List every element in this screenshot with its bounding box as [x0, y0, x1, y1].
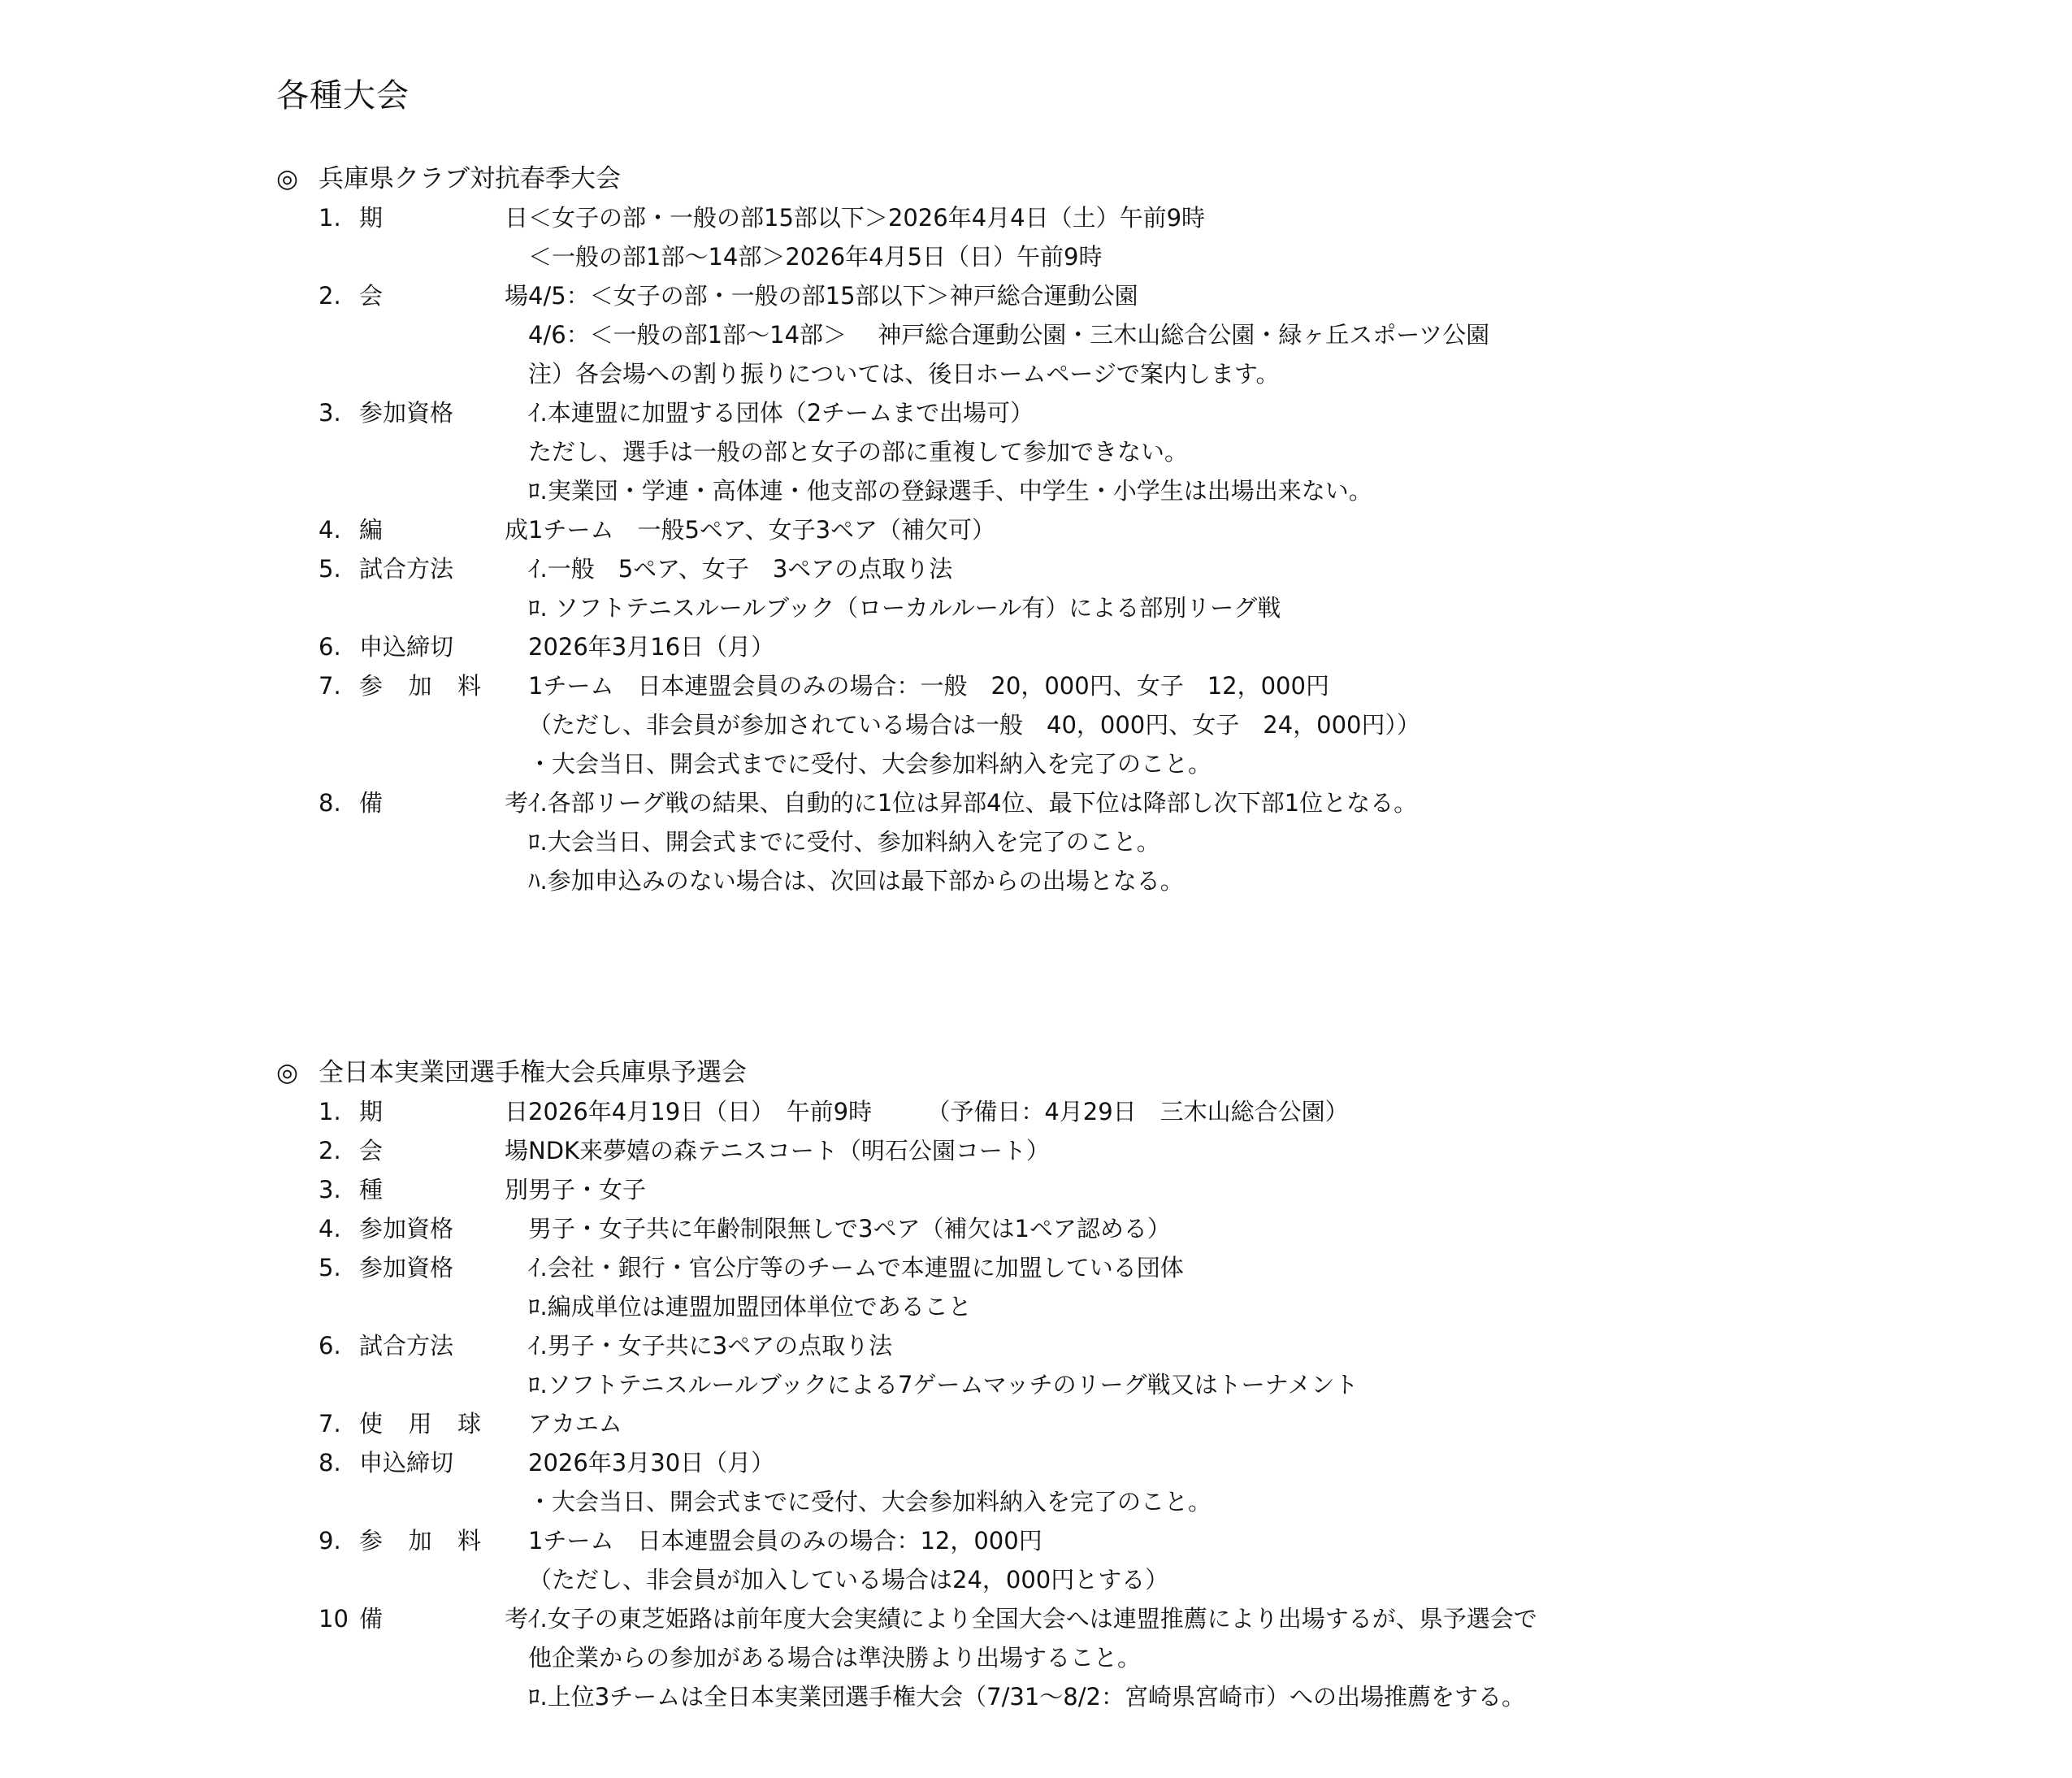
item-label-part: 使 — [359, 1404, 383, 1443]
item-label-part: 期 — [359, 1092, 383, 1131]
item-value: ｲ.男子・女子共に3ペアの点取り法 — [528, 1326, 892, 1365]
item-number: 2. — [276, 276, 359, 315]
page-title: 各種大会 — [276, 73, 410, 119]
item-label-part: 料 — [457, 666, 481, 705]
item-label-part: 考 — [505, 783, 528, 822]
item-number: 7. — [276, 666, 359, 705]
item-continuation-line: ・大会当日、開会式までに受付、大会参加料納入を完了のこと。 — [276, 744, 1901, 783]
item-label-part: 試合方法 — [359, 549, 453, 588]
item-label: 申込締切 — [359, 627, 528, 666]
section-rows: 1.期日＜女子の部・一般の部15部以下＞2026年4月4日（土）午前9時＜一般の… — [276, 198, 1901, 900]
section-heading: ◎兵庫県クラブ対抗春季大会 — [276, 159, 1901, 198]
item-row: 7.参加料1チーム 日本連盟会員のみの場合：一般 20，000円、女子 12，0… — [276, 666, 1901, 705]
item-value: 2026年3月16日（月） — [528, 627, 774, 666]
item-value: ただし、選手は一般の部と女子の部に重複して参加できない。 — [528, 432, 1188, 471]
item-row: 6.試合方法ｲ.男子・女子共に3ペアの点取り法 — [276, 1326, 1901, 1365]
item-label-part: 申込締切 — [359, 1443, 453, 1482]
item-label-part: 申込締切 — [359, 627, 453, 666]
item-value: ﾛ.上位3チームは全日本実業団選手権大会（7/31～8/2：宮崎県宮崎市）への出… — [528, 1677, 1525, 1716]
item-value: ＜一般の部1部～14部＞2026年4月5日（日）午前9時 — [528, 237, 1103, 276]
item-label: 編成 — [359, 510, 528, 549]
item-number: 4. — [276, 510, 359, 549]
item-label: 期日 — [359, 198, 528, 237]
item-value: ・大会当日、開会式までに受付、大会参加料納入を完了のこと。 — [528, 744, 1212, 783]
section-rows: 1.期日2026年4月19日（日） 午前9時 （予備日：4月29日 三木山総合公… — [276, 1092, 1901, 1716]
item-label-part: 参加資格 — [359, 1248, 453, 1287]
item-label: 試合方法 — [359, 1326, 528, 1365]
item-label: 試合方法 — [359, 549, 528, 588]
item-value: 男子・女子共に年齢制限無しで3ペア（補欠は1ペア認める） — [528, 1209, 1171, 1248]
item-label: 参加資格 — [359, 1209, 528, 1248]
item-value: ｲ.女子の東芝姫路は前年度大会実績により全国大会へは連盟推薦により出場するが、県… — [528, 1599, 1537, 1638]
item-value: 2026年4月19日（日） 午前9時 （予備日：4月29日 三木山総合公園） — [528, 1092, 1349, 1131]
item-label: 会場 — [359, 1131, 528, 1170]
section-title: 全日本実業団選手権大会兵庫県予選会 — [319, 1058, 747, 1087]
item-number: 6. — [276, 627, 359, 666]
item-row: 8.備考ｲ.各部リーグ戦の結果、自動的に1位は昇部4位、最下位は降部し次下部1位… — [276, 783, 1901, 822]
item-continuation-line: ・大会当日、開会式までに受付、大会参加料納入を完了のこと。 — [276, 1482, 1901, 1521]
spacer — [481, 1521, 528, 1560]
item-label: 会場 — [359, 276, 528, 315]
item-label-part: 日 — [505, 1092, 528, 1131]
item-label-part: 備 — [359, 1599, 383, 1638]
item-continuation-line: ﾛ.実業団・学連・高体連・他支部の登録選手、中学生・小学生は出場出来ない。 — [276, 471, 1901, 510]
item-label: 参加料 — [359, 666, 481, 705]
item-continuation-line: 注）各会場への割り振りについては、後日ホームページで案内します。 — [276, 354, 1901, 393]
item-value: NDK来夢嬉の森テニスコート（明石公園コート） — [528, 1131, 1050, 1170]
item-value: 1チーム 一般5ペア、女子3ペア（補欠可） — [528, 510, 995, 549]
item-label-part: 考 — [505, 1599, 528, 1638]
item-continuation-line: ﾛ.上位3チームは全日本実業団選手権大会（7/31～8/2：宮崎県宮崎市）への出… — [276, 1677, 1901, 1716]
item-row: 1.期日＜女子の部・一般の部15部以下＞2026年4月4日（土）午前9時 — [276, 198, 1901, 237]
item-label: 申込締切 — [359, 1443, 528, 1482]
item-label-part: 加 — [408, 666, 431, 705]
item-label-part: 参 — [359, 666, 383, 705]
item-number: 5. — [276, 1248, 359, 1287]
item-value: ＜女子の部・一般の部15部以下＞2026年4月4日（土）午前9時 — [528, 198, 1205, 237]
item-value: ｲ.会社・銀行・官公庁等のチームで本連盟に加盟している団体 — [528, 1248, 1184, 1287]
item-row: 2.会場4/5：＜女子の部・一般の部15部以下＞神戸総合運動公園 — [276, 276, 1901, 315]
item-row: 1.期日2026年4月19日（日） 午前9時 （予備日：4月29日 三木山総合公… — [276, 1092, 1901, 1131]
item-value: ﾛ.実業団・学連・高体連・他支部の登録選手、中学生・小学生は出場出来ない。 — [528, 471, 1372, 510]
item-row: 6.申込締切2026年3月16日（月） — [276, 627, 1901, 666]
item-value: アカエム — [528, 1404, 622, 1443]
item-label: 参加料 — [359, 1521, 481, 1560]
item-number: 8. — [276, 783, 359, 822]
item-value: ﾛ.大会当日、開会式までに受付、参加料納入を完了のこと。 — [528, 822, 1160, 861]
item-value: （ただし、非会員が参加されている場合は一般 40，000円、女子 24，000円… — [528, 705, 1420, 744]
item-number: 6. — [276, 1326, 359, 1365]
item-continuation-line: 4/6：＜一般の部1部～14部＞ 神戸総合運動公園・三木山総合公園・緑ヶ丘スポー… — [276, 315, 1901, 354]
item-row: 3.参加資格ｲ.本連盟に加盟する団体（2チームまで出場可） — [276, 393, 1901, 432]
item-row: 5.試合方法ｲ.一般 5ペア、女子 3ペアの点取り法 — [276, 549, 1901, 588]
item-row: 5.参加資格ｲ.会社・銀行・官公庁等のチームで本連盟に加盟している団体 — [276, 1248, 1901, 1287]
item-row: 3.種別男子・女子 — [276, 1170, 1901, 1209]
item-number: 7. — [276, 1404, 359, 1443]
item-continuation-line: （ただし、非会員が参加されている場合は一般 40，000円、女子 24，000円… — [276, 705, 1901, 744]
item-value: 4/5：＜女子の部・一般の部15部以下＞神戸総合運動公園 — [528, 276, 1138, 315]
item-label-part: 試合方法 — [359, 1326, 453, 1365]
item-number: 3. — [276, 1170, 359, 1209]
item-row: 9.参加料1チーム 日本連盟会員のみの場合：12，000円 — [276, 1521, 1901, 1560]
item-row: 8.申込締切2026年3月30日（月） — [276, 1443, 1901, 1482]
item-label-part: 用 — [408, 1404, 431, 1443]
item-label-part: 備 — [359, 783, 383, 822]
item-label-part: 加 — [408, 1521, 431, 1560]
item-label: 種別 — [359, 1170, 528, 1209]
item-label-part: 種 — [359, 1170, 383, 1209]
item-label-part: 別 — [505, 1170, 528, 1209]
item-label-part: 料 — [457, 1521, 481, 1560]
item-row: 4.編成1チーム 一般5ペア、女子3ペア（補欠可） — [276, 510, 1901, 549]
section-corporate-qualifier: ◎全日本実業団選手権大会兵庫県予選会 1.期日2026年4月19日（日） 午前9… — [276, 1053, 1901, 1716]
double-circle-icon: ◎ — [276, 159, 319, 198]
item-label-part: 成 — [505, 510, 528, 549]
item-continuation-line: ＜一般の部1部～14部＞2026年4月5日（日）午前9時 — [276, 237, 1901, 276]
item-row: 4.参加資格男子・女子共に年齢制限無しで3ペア（補欠は1ペア認める） — [276, 1209, 1901, 1248]
item-value: ・大会当日、開会式までに受付、大会参加料納入を完了のこと。 — [528, 1482, 1212, 1521]
item-label: 参加資格 — [359, 1248, 528, 1287]
item-label-part: 会 — [359, 1131, 383, 1170]
item-label: 期日 — [359, 1092, 528, 1131]
item-label: 備考 — [359, 783, 528, 822]
item-value: ｲ.各部リーグ戦の結果、自動的に1位は昇部4位、最下位は降部し次下部1位となる。 — [528, 783, 1417, 822]
section-heading: ◎全日本実業団選手権大会兵庫県予選会 — [276, 1053, 1901, 1092]
item-label-part: 場 — [505, 1131, 528, 1170]
section-title: 兵庫県クラブ対抗春季大会 — [319, 164, 621, 193]
item-value: 4/6：＜一般の部1部～14部＞ 神戸総合運動公園・三木山総合公園・緑ヶ丘スポー… — [528, 315, 1489, 354]
item-continuation-line: ﾛ.ソフトテニスルールブックによる7ゲームマッチのリーグ戦又はトーナメント — [276, 1365, 1901, 1404]
item-label-part: 期 — [359, 198, 383, 237]
item-number: 4. — [276, 1209, 359, 1248]
item-label-part: 球 — [457, 1404, 481, 1443]
item-continuation-line: ﾛ.大会当日、開会式までに受付、参加料納入を完了のこと。 — [276, 822, 1901, 861]
item-continuation-line: ﾛ. ソフトテニスルールブック（ローカルルール有）による部別リーグ戦 — [276, 588, 1901, 627]
item-label: 備考 — [359, 1599, 528, 1638]
item-number: 3. — [276, 393, 359, 432]
item-row: 10備考ｲ.女子の東芝姫路は前年度大会実績により全国大会へは連盟推薦により出場す… — [276, 1599, 1901, 1638]
item-continuation-line: 他企業からの参加がある場合は準決勝より出場すること。 — [276, 1638, 1901, 1677]
item-number: 8. — [276, 1443, 359, 1482]
item-label: 使用球 — [359, 1404, 481, 1443]
item-value: ﾛ. ソフトテニスルールブック（ローカルルール有）による部別リーグ戦 — [528, 588, 1281, 627]
spacer — [481, 666, 528, 705]
item-continuation-line: （ただし、非会員が加入している場合は24，000円とする） — [276, 1560, 1901, 1599]
item-value: 1チーム 日本連盟会員のみの場合：一般 20，000円、女子 12，000円 — [528, 666, 1329, 705]
item-label-part: 参加資格 — [359, 1209, 453, 1248]
item-value: ｲ.一般 5ペア、女子 3ペアの点取り法 — [528, 549, 952, 588]
item-label: 参加資格 — [359, 393, 528, 432]
item-number: 2. — [276, 1131, 359, 1170]
item-number: 9. — [276, 1521, 359, 1560]
item-value: （ただし、非会員が加入している場合は24，000円とする） — [528, 1560, 1168, 1599]
spacer — [481, 1404, 528, 1443]
item-number: 10 — [276, 1599, 359, 1638]
item-value: ｲ.本連盟に加盟する団体（2チームまで出場可） — [528, 393, 1034, 432]
item-continuation-line: ﾛ.編成単位は連盟加盟団体単位であること — [276, 1287, 1901, 1326]
item-value: 注）各会場への割り振りについては、後日ホームページで案内します。 — [528, 354, 1280, 393]
item-number: 1. — [276, 198, 359, 237]
item-value: ﾛ.ソフトテニスルールブックによる7ゲームマッチのリーグ戦又はトーナメント — [528, 1365, 1359, 1404]
double-circle-icon: ◎ — [276, 1053, 319, 1092]
item-label-part: 日 — [505, 198, 528, 237]
item-label-part: 参加資格 — [359, 393, 453, 432]
item-value: 1チーム 日本連盟会員のみの場合：12，000円 — [528, 1521, 1043, 1560]
item-value: 2026年3月30日（月） — [528, 1443, 774, 1482]
item-number: 1. — [276, 1092, 359, 1131]
item-label-part: 場 — [505, 276, 528, 315]
item-label-part: 参 — [359, 1521, 383, 1560]
item-value: 他企業からの参加がある場合は準決勝より出場すること。 — [528, 1638, 1141, 1677]
item-number: 5. — [276, 549, 359, 588]
item-continuation-line: ただし、選手は一般の部と女子の部に重複して参加できない。 — [276, 432, 1901, 471]
item-label-part: 会 — [359, 276, 383, 315]
item-label-part: 編 — [359, 510, 383, 549]
item-row: 2.会場NDK来夢嬉の森テニスコート（明石公園コート） — [276, 1131, 1901, 1170]
item-value: ﾛ.編成単位は連盟加盟団体単位であること — [528, 1287, 972, 1326]
item-value: ﾊ.参加申込みのない場合は、次回は最下部からの出場となる。 — [528, 861, 1184, 900]
item-continuation-line: ﾊ.参加申込みのない場合は、次回は最下部からの出場となる。 — [276, 861, 1901, 900]
section-club-spring-tournament: ◎兵庫県クラブ対抗春季大会 1.期日＜女子の部・一般の部15部以下＞2026年4… — [276, 159, 1901, 900]
item-value: 男子・女子 — [528, 1170, 646, 1209]
item-row: 7.使用球アカエム — [276, 1404, 1901, 1443]
